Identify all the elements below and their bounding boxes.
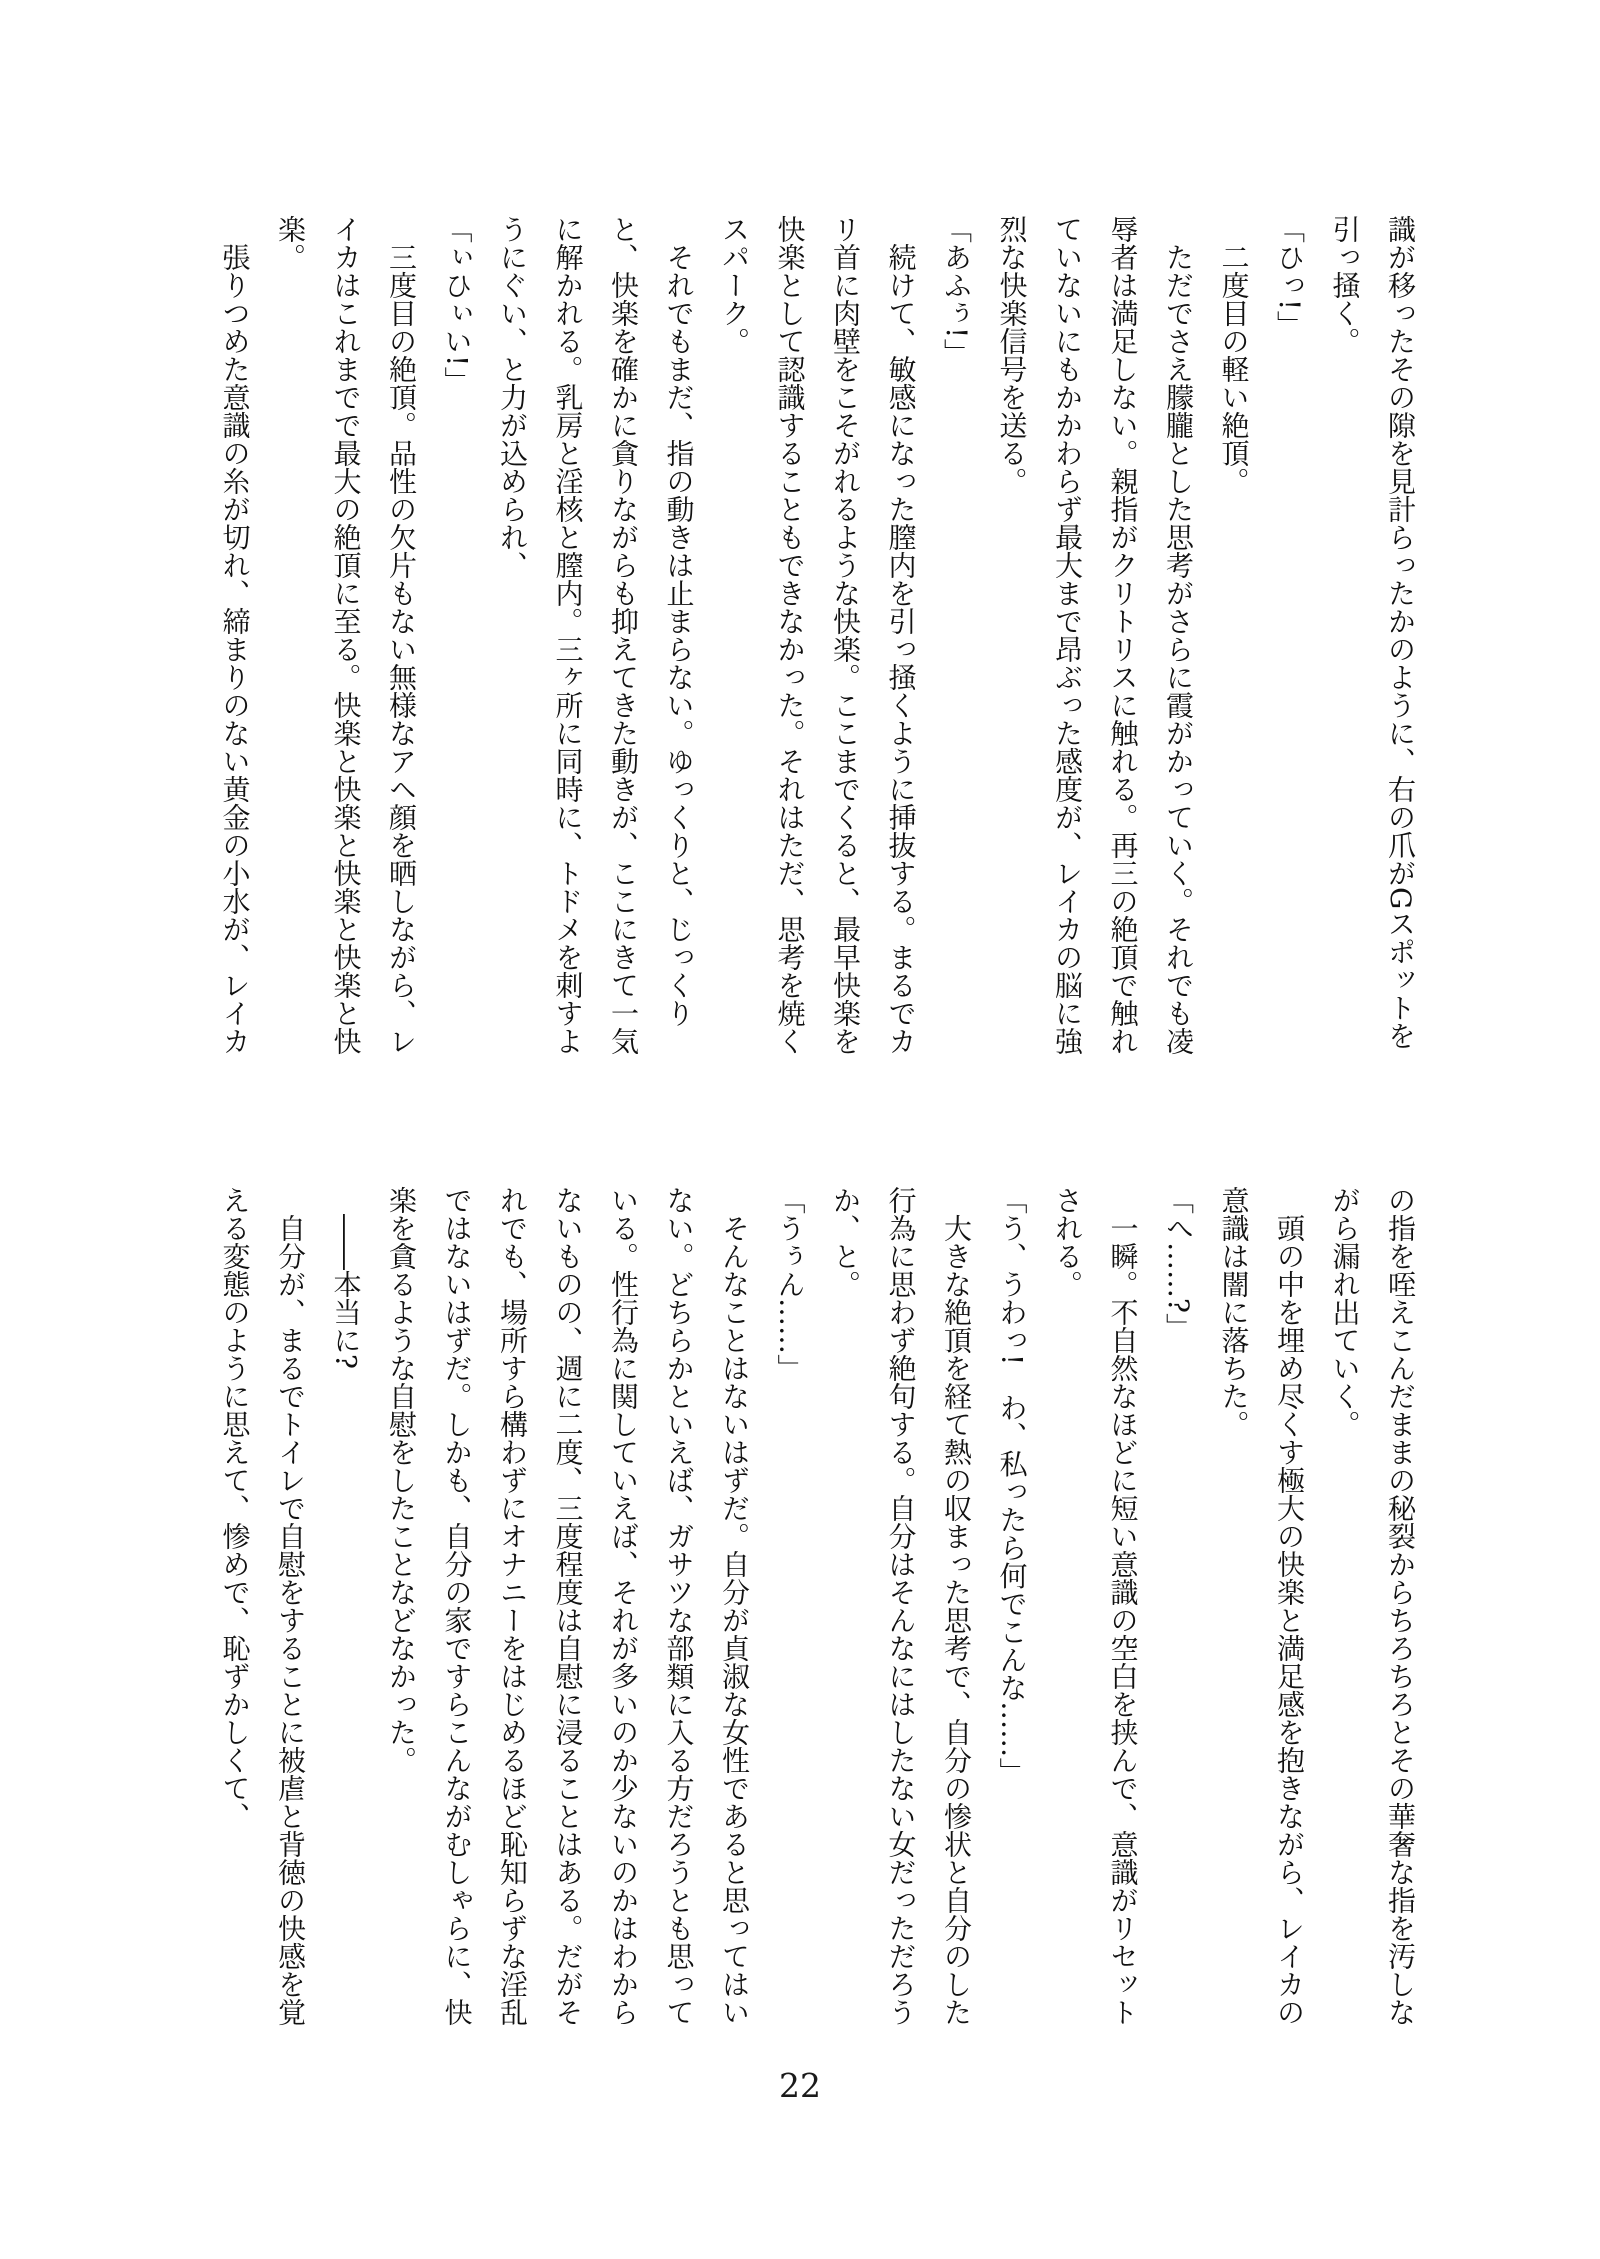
text-column: 三度目の絶頂。品性の欠片もない無様なアヘ顔を晒しながら、レ bbox=[374, 215, 430, 1060]
page-number: 22 bbox=[0, 2066, 1600, 2105]
text-column: ない。どちらかといえば、ガサツな部類に入る方だろうとも思って bbox=[651, 1186, 707, 2031]
text-column: か、と。 bbox=[818, 1186, 874, 2031]
text-column: イカはこれまでで最大の絶頂に至る。快楽と快楽と快楽と快楽と快 bbox=[318, 215, 374, 1060]
text-column: の指を咥えこんだままの秘裂からちろちろとその華奢な指を汚しな bbox=[1373, 1186, 1429, 2031]
text-column: 二度目の軽い絶頂。 bbox=[1206, 215, 1262, 1060]
text-column: ないものの、週に二度、三度程度は自慰に浸ることはある。だがそ bbox=[540, 1186, 596, 2031]
text-column: 楽を貪るような自慰をしたことなどなかった。 bbox=[374, 1186, 430, 2031]
text-column: 「へ……?」 bbox=[1151, 1186, 1207, 2031]
text-column: がら漏れ出ていく。 bbox=[1317, 1186, 1373, 2031]
text-column: 行為に思わず絶句する。自分はそんなにはしたない女だっただろう bbox=[873, 1186, 929, 2031]
text-column: える変態のように思えて、惨めで、恥ずかしくて、 bbox=[207, 1186, 263, 2031]
text-column: 烈な快楽信号を送る。 bbox=[984, 215, 1040, 1060]
text-column: 張りつめた意識の糸が切れ、締まりのない黄金の小水が、レイカ bbox=[207, 215, 263, 1060]
text-column: それでもまだ、指の動きは止まらない。ゆっくりと、じっくり bbox=[651, 215, 707, 1060]
text-block-top: 識が移ったその隙を見計らったかのように、右の爪がGスポットを 引っ掻く。 「ひっ… bbox=[207, 215, 1428, 1060]
text-column: いる。性行為に関していえば、それが多いのか少ないのかはわから bbox=[596, 1186, 652, 2031]
text-column: される。 bbox=[1040, 1186, 1096, 2031]
text-column: れでも、場所すら構わずにオナニーをはじめるほど恥知らずな淫乱 bbox=[485, 1186, 541, 2031]
text-column: そんなことはないはずだ。自分が貞淑な女性であると思ってはい bbox=[707, 1186, 763, 2031]
text-column: 「うぅん……」 bbox=[762, 1186, 818, 2031]
text-column: 辱者は満足しない。親指がクリトリスに触れる。再三の絶頂で触れ bbox=[1095, 215, 1151, 1060]
text-column: 「ぃひぃい!」 bbox=[429, 215, 485, 1060]
text-column: ていないにもかかわらず最大まで昂ぶった感度が、レイカの脳に強 bbox=[1040, 215, 1096, 1060]
text-block-bottom: の指を咥えこんだままの秘裂からちろちろとその華奢な指を汚しな がら漏れ出ていく。… bbox=[207, 1186, 1428, 2031]
text-column: 一瞬。不自然なほどに短い意識の空白を挟んで、意識がリセット bbox=[1095, 1186, 1151, 2031]
text-column: 引っ掻く。 bbox=[1317, 215, 1373, 1060]
text-column: 快楽として認識することもできなかった。それはただ、思考を焼く bbox=[762, 215, 818, 1060]
text-column: スパーク。 bbox=[707, 215, 763, 1060]
text-column: 大きな絶頂を経て熱の収まった思考で、自分の惨状と自分のした bbox=[929, 1186, 985, 2031]
text-column: 「あふぅ!」 bbox=[929, 215, 985, 1060]
text-column: ただでさえ朦朧とした思考がさらに霞がかっていく。それでも凌 bbox=[1151, 215, 1207, 1060]
text-column: ではないはずだ。しかも、自分の家ですらこんながむしゃらに、快 bbox=[429, 1186, 485, 2031]
text-column: リ首に肉壁をこそがれるような快楽。ここまでくると、最早快楽を bbox=[818, 215, 874, 1060]
text-column: 識が移ったその隙を見計らったかのように、右の爪がGスポットを bbox=[1373, 215, 1429, 1060]
text-column: と、快楽を確かに貪りながらも抑えてきた動きが、ここにきて一気 bbox=[596, 215, 652, 1060]
text-column: 自分が、まるでトイレで自慰をすることに被虐と背徳の快感を覚 bbox=[263, 1186, 319, 2031]
text-column: 意識は闇に落ちた。 bbox=[1206, 1186, 1262, 2031]
novel-page: 識が移ったその隙を見計らったかのように、右の爪がGスポットを 引っ掻く。 「ひっ… bbox=[0, 0, 1600, 2259]
text-column: に解かれる。乳房と淫核と膣内。三ヶ所に同時に、トドメを刺すよ bbox=[540, 215, 596, 1060]
text-column: 続けて、敏感になった膣内を引っ掻くように挿抜する。まるでカ bbox=[873, 215, 929, 1060]
text-column: ――本当に? bbox=[318, 1186, 374, 2031]
text-column: うにぐい、と力が込められ、 bbox=[485, 215, 541, 1060]
text-column: 楽。 bbox=[263, 215, 319, 1060]
text-column: 「ひっ!」 bbox=[1262, 215, 1318, 1060]
text-column: 「う、うわっ! わ、私ったら何でこんな……」 bbox=[984, 1186, 1040, 2031]
text-column: 頭の中を埋め尽くす極大の快楽と満足感を抱きながら、レイカの bbox=[1262, 1186, 1318, 2031]
